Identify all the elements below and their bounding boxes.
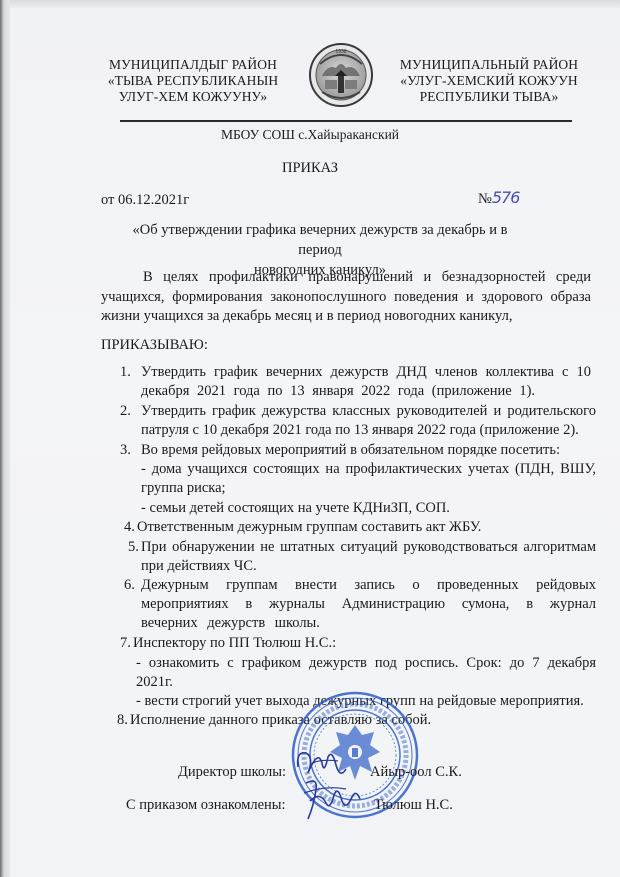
document-title: ПРИКАЗ [0, 160, 620, 177]
number-handwritten: 576 [492, 188, 520, 207]
order-item-7: 7. Инспектору по ПП Тюлюш Н.С.: [120, 634, 596, 653]
svg-text:1938: 1938 [335, 49, 346, 55]
order-item-5: 5. При обнаружении не штатных ситуаций р… [128, 538, 596, 576]
letterhead-right-line: РЕСПУБЛИКИ ТЫВА» [384, 89, 594, 105]
letterhead-left-line: «ТЫВА РЕСПУБЛИКАНЫН [88, 73, 298, 89]
item-number: 6. [124, 576, 135, 595]
school-name: МБОУ СОШ с.Хайыраканский [0, 127, 620, 143]
item-text: Дежурным группам внести запись о проведе… [124, 576, 596, 633]
item-text: - ознакомить с графиком дежурств под рос… [136, 654, 596, 692]
document-date: от 06.12.2021г [101, 192, 189, 209]
letterhead-right-russian: МУНИЦИПАЛЬНЫЙ РАЙОН «УЛУГ-ХЕМСКИЙ КОЖУУН… [384, 57, 594, 105]
item-number: 2. [120, 402, 131, 421]
order-item-4: 4. Ответственным дежурным группам состав… [124, 518, 596, 537]
item-number: 8. [117, 711, 128, 730]
item-text: Инспектору по ПП Тюлюш Н.С.: [120, 634, 596, 653]
order-item-1: 1. Утвердить график вечерних дежурств ДН… [120, 363, 591, 401]
item-text: - дома учащихся состоящих на профилактич… [141, 460, 596, 498]
letterhead-right-line: «УЛУГ-ХЕМСКИЙ КОЖУУН [384, 73, 594, 89]
acquainted-name: Тюлюш Н.С. [374, 797, 453, 814]
order-item-2: 2. Утвердить график дежурства классных р… [120, 402, 596, 440]
order-heading: ПРИКАЗЫВАЮ: [101, 337, 208, 354]
item-text: Ответственным дежурным группам составить… [124, 518, 596, 537]
order-item-3-sub-2: - семьи детей состоящих на учете КДНиЗП,… [141, 499, 596, 518]
subject-line: «Об утверждении графика вечерних дежурст… [120, 220, 520, 260]
item-number: 7. [120, 634, 131, 653]
item-number: 4. [124, 518, 135, 537]
director-label: Директор школы: [178, 764, 286, 781]
order-item-6: 6. Дежурным группам внести запись о пров… [124, 576, 596, 633]
letterhead-divider [120, 120, 572, 122]
number-label: № [478, 191, 492, 207]
order-item-3: 3. Во время рейдовых мероприятий в обяза… [120, 441, 596, 460]
letterhead-left-tuvan: МУНИЦИПАЛДЫГ РАЙОН «ТЫВА РЕСПУБЛИКАНЫН У… [88, 57, 298, 105]
district-coat-of-arms-icon: 1938 [308, 42, 374, 108]
letterhead-right-line: МУНИЦИПАЛЬНЫЙ РАЙОН [384, 57, 594, 73]
item-text: Во время рейдовых мероприятий в обязател… [120, 441, 596, 460]
acquainted-signature-icon [296, 775, 366, 828]
order-item-3-sub-1: - дома учащихся состоящих на профилактич… [141, 460, 596, 498]
preamble: В целях профилактики правонарушений и бе… [101, 268, 591, 327]
item-text: Утвердить график дежурства классных руко… [120, 402, 596, 440]
acquainted-label: С приказом ознакомлены: [126, 797, 286, 814]
director-name: Айыр-оол С.К. [370, 764, 462, 781]
scan-edge-top [0, 0, 620, 8]
preamble-text: В целях профилактики правонарушений и бе… [101, 268, 591, 327]
item-text: Утвердить график вечерних дежурств ДНД ч… [120, 363, 591, 401]
document-number: №576 [478, 188, 519, 208]
letterhead-left-line: МУНИЦИПАЛДЫГ РАЙОН [88, 57, 298, 73]
order-item-7-sub-1: - ознакомить с графиком дежурств под рос… [136, 654, 596, 692]
letterhead-left-line: УЛУГ-ХЕМ КОЖУУНУ» [88, 89, 298, 105]
item-number: 5. [128, 538, 139, 557]
item-text: При обнаружении не штатных ситуаций руко… [128, 538, 596, 576]
item-text: - семьи детей состоящих на учете КДНиЗП,… [141, 499, 596, 518]
item-number: 3. [120, 441, 131, 460]
item-number: 1. [120, 363, 131, 382]
